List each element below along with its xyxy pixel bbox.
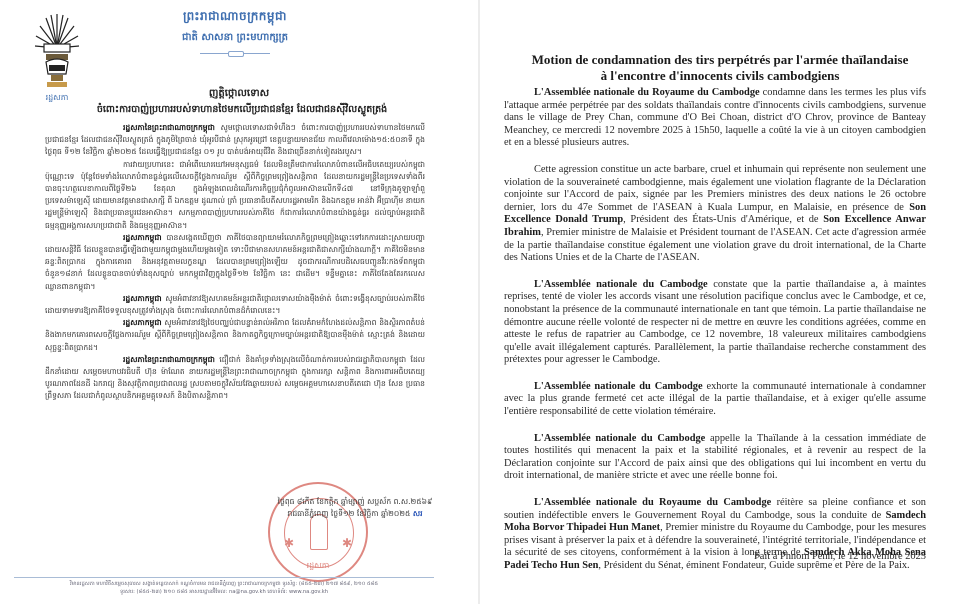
footer-divider [14, 577, 434, 578]
paragraph-lead: រដ្ឋសភានៃព្រះរាជាណាចក្រកម្ពុជា [123, 355, 215, 364]
star-icon: ✱ [342, 536, 352, 550]
french-body: L'Assemblée nationale du Royaume du Camb… [504, 87, 926, 587]
place-date: រាជធានីភ្នំពេញ ថ្ងៃទី១២ ខែវិច្ឆិកា ឆ្នាំ… [288, 509, 411, 518]
emphasis: L'Assemblée nationale du Cambodge [534, 381, 703, 392]
khmer-paragraph: ការវាយប្រហារនេះ ជាអំពើឃោរឃៅអមនុស្សធម៌ ដែ… [45, 159, 425, 232]
french-paragraph: L'Assemblée nationale du Cambodge appell… [504, 433, 926, 483]
khmer-footer: វិមានរដ្ឋសភា មហាវិថីសម្តេចសុធារស សង្កាត់… [14, 580, 434, 596]
emphasis: L'Assemblée nationale du Royaume du Camb… [534, 497, 771, 508]
french-title-line1: Motion de condamnation des tirs perpétré… [480, 52, 960, 68]
page-divider [478, 0, 480, 604]
khmer-paragraph: រដ្ឋសភានៃព្រះរាជាណាចក្រកម្ពុជា សូមថ្កោលទ… [45, 122, 425, 159]
document-type: ញត្តិថ្កោលទោស [0, 86, 478, 101]
french-title: Motion de condamnation des tirs perpétré… [480, 52, 960, 84]
national-motto: ជាតិ សាសនា ព្រះមហាក្សត្រ [150, 30, 320, 45]
initials: សរ [413, 509, 423, 518]
khmer-paragraph: រដ្ឋសភាកម្ពុជា បានសង្កេតឃើញថា ភាគីថៃបានព… [45, 232, 425, 293]
stamp-label: រដ្ឋសភា [270, 560, 366, 572]
french-paragraph: L'Assemblée nationale du Royaume du Camb… [504, 87, 926, 150]
french-paragraph: L'Assemblée nationale du Cambodge exhort… [504, 381, 926, 419]
emphasis: L'Assemblée nationale du Cambodge [534, 433, 705, 444]
paragraph-lead: រដ្ឋសភាកម្ពុជា [123, 294, 162, 303]
khmer-paragraph: រដ្ឋសភាកម្ពុជា សូមអំពាវនាវឱ្យសហគមន៍អន្តរ… [45, 293, 425, 317]
emphasis: L'Assemblée nationale du Royaume du Camb… [534, 87, 760, 98]
paragraph-lead: រដ្ឋសភានៃព្រះរាជាណាចក្រកម្ពុជា [123, 123, 215, 132]
khmer-body: រដ្ឋសភានៃព្រះរាជាណាចក្រកម្ពុជា សូមថ្កោលទ… [45, 122, 425, 403]
khmer-title: ចំពោះការបាញ់ប្រហាររបស់ទាហានថៃមកលើប្រជាជន… [42, 103, 442, 117]
paragraph-lead: រដ្ឋសភាកម្ពុជា [123, 318, 162, 327]
emphasis: Samdech Moha Borvor Thipadei Hun Manet [504, 510, 926, 534]
closing-line: Fait à Phnom Penh, le 12 novembre 2025 [754, 551, 926, 562]
emphasis: L'Assemblée nationale du Cambodge [534, 279, 708, 290]
signature-block: ថ្ងៃពុធ ៨កើត ខែកត្តិក ឆ្នាំម្សាញ់ សប្តស័… [255, 496, 455, 520]
footer-address: វិមានរដ្ឋសភា មហាវិថីសម្តេចសុធារស សង្កាត់… [14, 580, 434, 588]
french-title-line2: à l'encontre d'innocents civils cambodgi… [480, 68, 960, 84]
kingdom-name: ព្រះរាជាណាចក្រកម្ពុជា [150, 8, 320, 26]
star-icon: ✱ [284, 536, 294, 550]
footer-contact: ទូរសារ: (៨៥៥-២៣) ២១០ ៥៨៥ អាសយដ្ឋានអ៊ីមែល… [14, 588, 434, 596]
french-paragraph: Cette agression constitue un acte barbar… [504, 164, 926, 265]
paragraph-lead: រដ្ឋសភាកម្ពុជា [123, 233, 162, 242]
khmer-document-page: រដ្ឋសភា ព្រះរាជាណាចក្រកម្ពុជា ជាតិ សាសនា… [0, 0, 478, 604]
kingdom-header: ព្រះរាជាណាចក្រកម្ពុជា ជាតិ សាសនា ព្រះមហា… [150, 8, 320, 54]
khmer-paragraph: រដ្ឋសភានៃព្រះរាជាណាចក្រកម្ពុជា ជឿជាក់ និ… [45, 354, 425, 403]
lunar-date: ថ្ងៃពុធ ៨កើត ខែកត្តិក ឆ្នាំម្សាញ់ សប្តស័… [255, 496, 455, 508]
khmer-paragraph: រដ្ឋសភាកម្ពុជា សូមអំពាវនាវឱ្យថៃបញ្ឈប់ជាប… [45, 317, 425, 354]
french-paragraph: L'Assemblée nationale du Cambodge consta… [504, 279, 926, 367]
royal-emblem-icon [32, 12, 82, 90]
ornament-divider [200, 53, 270, 54]
